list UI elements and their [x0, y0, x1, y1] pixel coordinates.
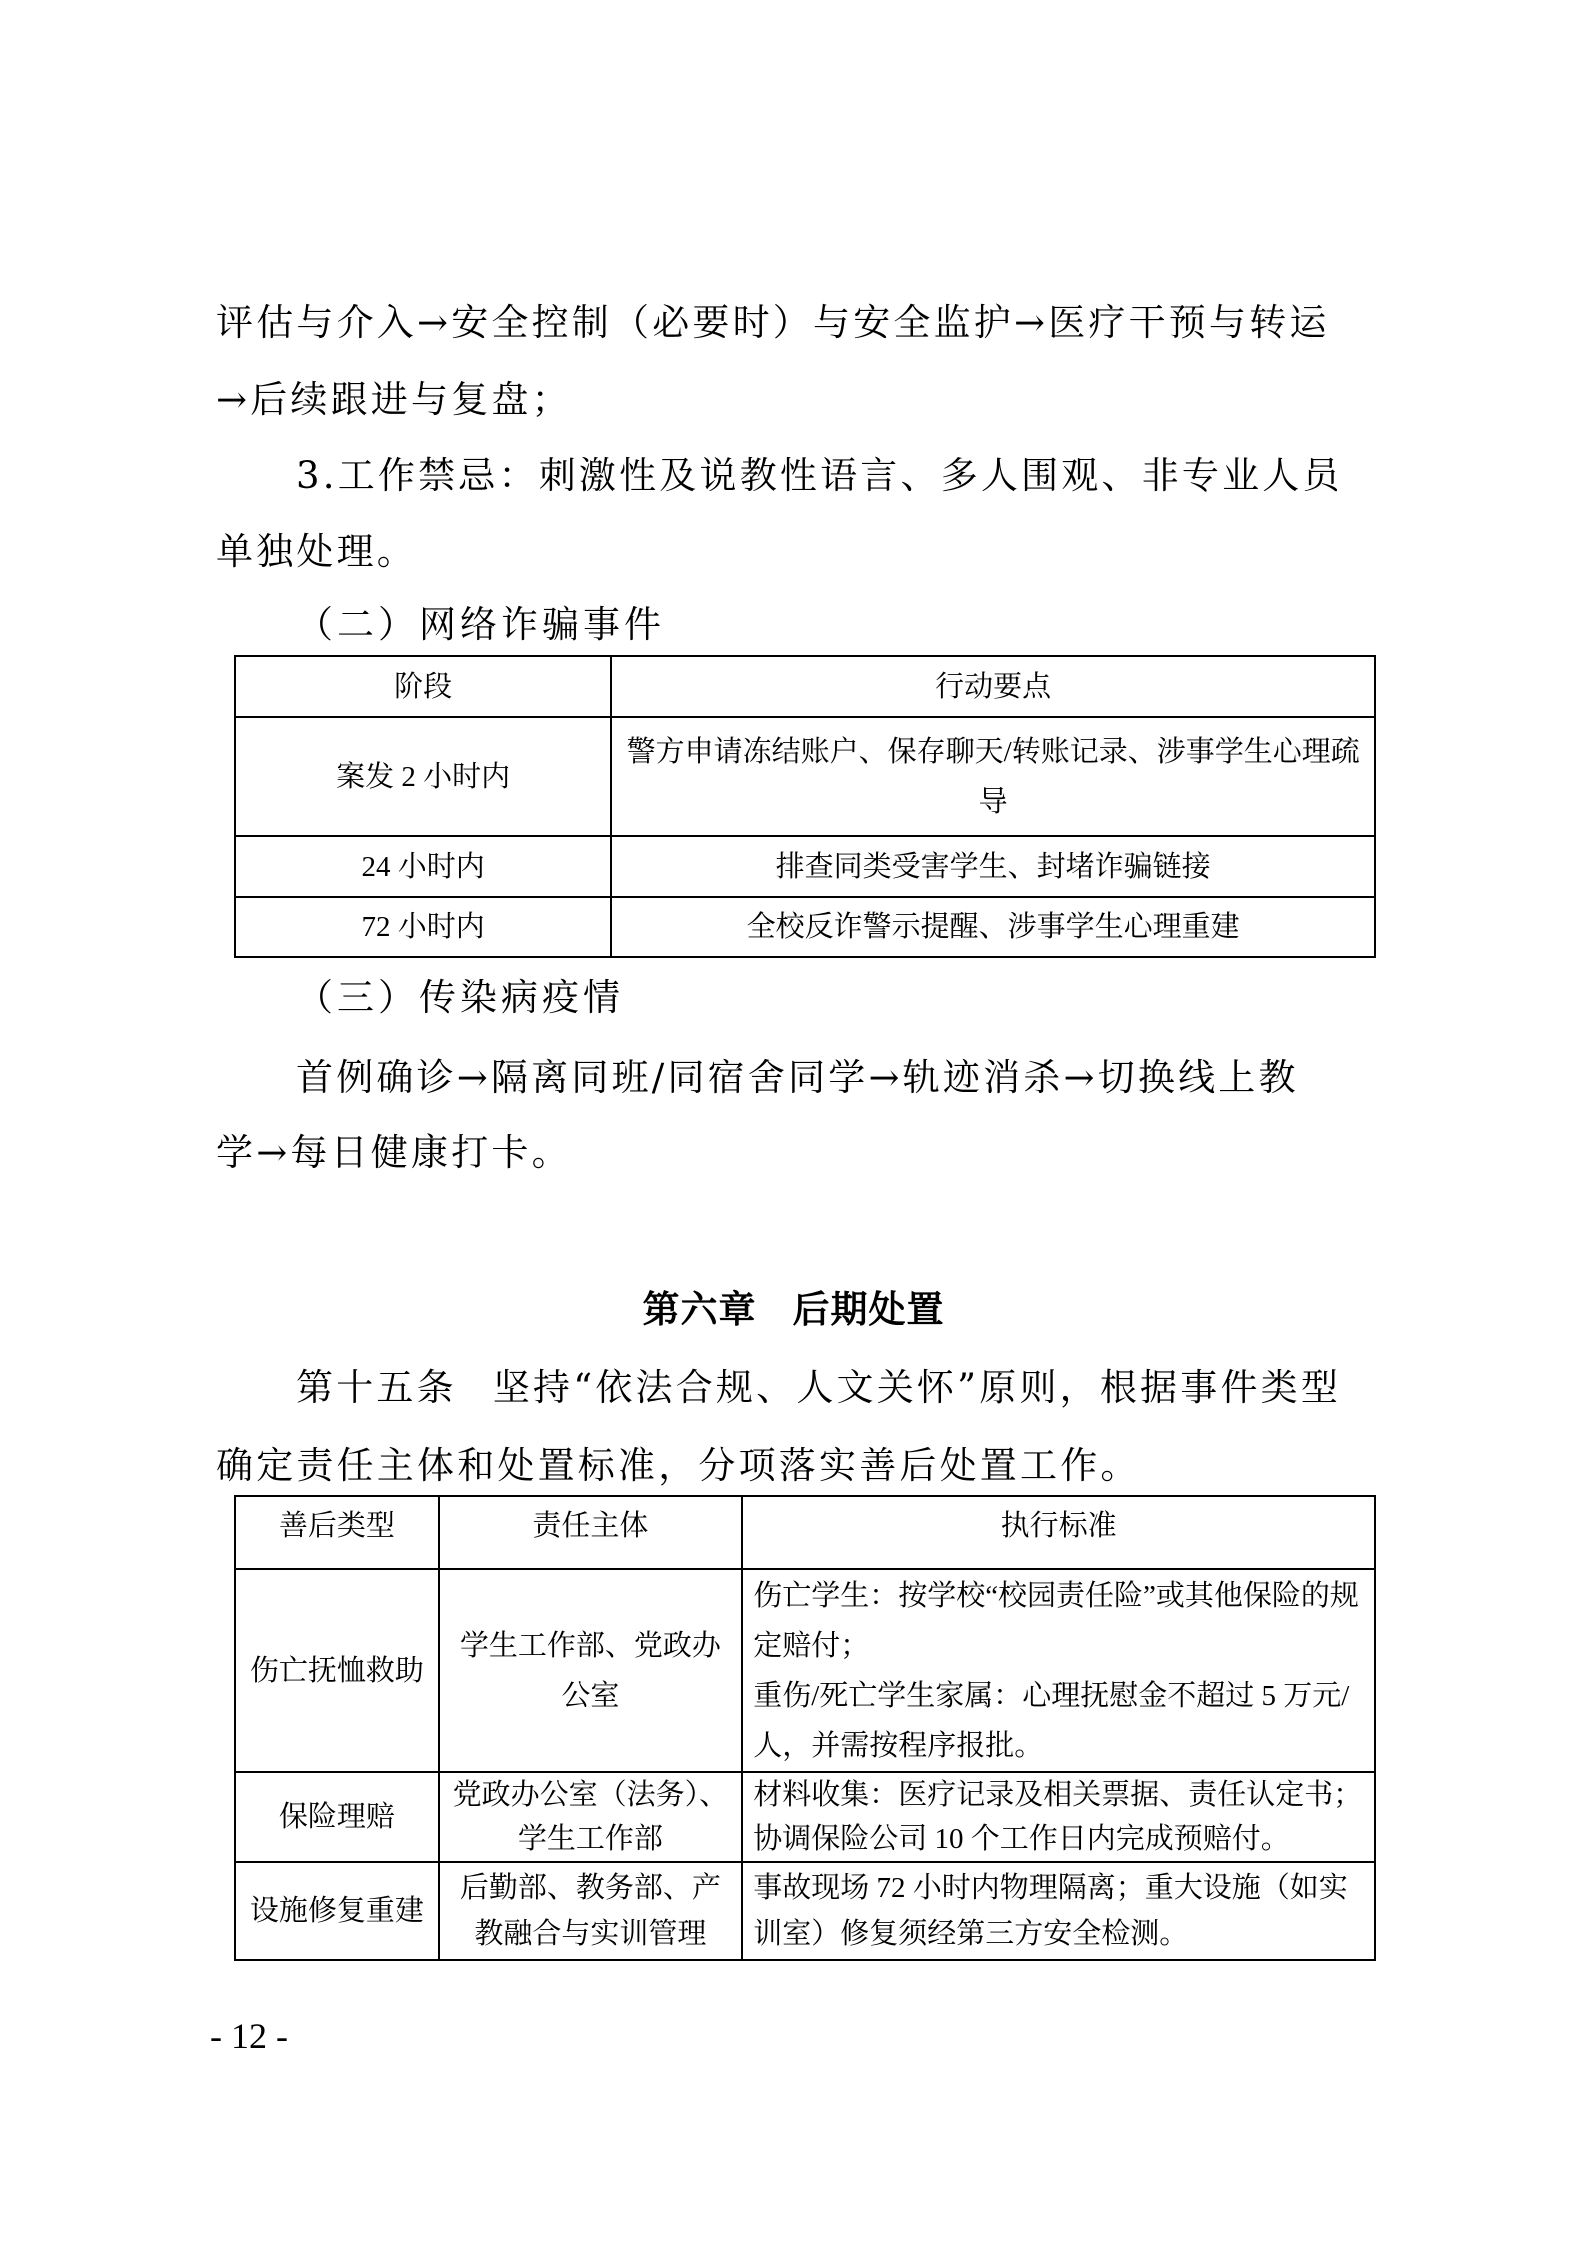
article-text: 坚持“依法合规、人文关怀”原则，根据事件类型: [493, 1366, 1341, 1409]
epidemic-paragraph-line2: 学→每日健康打卡。: [216, 1115, 1376, 1190]
table-row: 伤亡抚恤救助 学生工作部、党政办公室 伤亡学生：按学校“校园责任险”或其他保险的…: [235, 1569, 1375, 1772]
table-row: 72 小时内 全校反诈警示提醒、涉事学生心理重建: [235, 897, 1375, 957]
standard-cell: 事故现场 72 小时内物理隔离；重大设施（如实训室）修复须经第三方安全检测。: [742, 1862, 1375, 1960]
column-header-standard: 执行标准: [742, 1496, 1375, 1569]
stage-cell: 24 小时内: [235, 836, 611, 897]
standard-line: 重伤/死亡学生家属：心理抚慰金不超过 5 万元/人，并需按程序报批。: [753, 1671, 1364, 1771]
column-header-action: 行动要点: [611, 656, 1375, 717]
column-header-owner: 责任主体: [439, 1496, 743, 1569]
column-header-type: 善后类型: [235, 1496, 439, 1569]
table-row: 案发 2 小时内 警方申请冻结账户、保存聊天/转账记录、涉事学生心理疏导: [235, 717, 1375, 836]
chapter-number: 第六章: [643, 1288, 757, 1331]
fraud-response-table: 阶段 行动要点 案发 2 小时内 警方申请冻结账户、保存聊天/转账记录、涉事学生…: [234, 655, 1376, 958]
taboo-paragraph-line1: 3.工作禁忌：刺激性及说教性语言、多人围观、非专业人员: [216, 438, 1376, 513]
action-cell: 排查同类受害学生、封堵诈骗链接: [611, 836, 1375, 897]
owner-cell: 党政办公室（法务）、学生工作部: [439, 1772, 743, 1862]
standard-cell: 伤亡学生：按学校“校园责任险”或其他保险的规定赔付； 重伤/死亡学生家属：心理抚…: [742, 1569, 1375, 1772]
section-heading-fraud: （二）网络诈骗事件: [296, 595, 665, 655]
standard-line: 材料收集：医疗记录及相关票据、责任认定书；: [753, 1773, 1364, 1817]
owner-cell: 后勤部、教务部、产教融合与实训管理: [439, 1862, 743, 1960]
standard-line: 伤亡学生：按学校“校园责任险”或其他保险的规定赔付；: [753, 1571, 1364, 1671]
flow-paragraph-line1: 评估与介入→安全控制（必要时）与安全监护→医疗干预与转运: [216, 285, 1376, 360]
flow-paragraph-line2: →后续跟进与复盘；: [216, 362, 1376, 437]
page-number: - 12 -: [210, 2015, 288, 2057]
standard-line: 事故现场 72 小时内物理隔离；重大设施（如实训室）修复须经第三方安全检测。: [753, 1865, 1364, 1957]
document-page: 评估与介入→安全控制（必要时）与安全监护→医疗干预与转运 →后续跟进与复盘； 3…: [0, 0, 1587, 2245]
type-cell: 设施修复重建: [235, 1862, 439, 1960]
aftermath-table: 善后类型 责任主体 执行标准 伤亡抚恤救助 学生工作部、党政办公室 伤亡学生：按…: [234, 1495, 1376, 1961]
chapter-name: 后期处置: [793, 1288, 945, 1331]
standard-cell: 材料收集：医疗记录及相关票据、责任认定书； 协调保险公司 10 个工作日内完成预…: [742, 1772, 1375, 1862]
stage-cell: 72 小时内: [235, 897, 611, 957]
table-header-row: 善后类型 责任主体 执行标准: [235, 1496, 1375, 1569]
article-15-line2: 确定责任主体和处置标准，分项落实善后处置工作。: [216, 1428, 1376, 1503]
action-cell: 警方申请冻结账户、保存聊天/转账记录、涉事学生心理疏导: [611, 717, 1375, 836]
taboo-paragraph-line2: 单独处理。: [216, 514, 1376, 589]
table-row: 保险理赔 党政办公室（法务）、学生工作部 材料收集：医疗记录及相关票据、责任认定…: [235, 1772, 1375, 1862]
table-row: 设施修复重建 后勤部、教务部、产教融合与实训管理 事故现场 72 小时内物理隔离…: [235, 1862, 1375, 1960]
type-cell: 保险理赔: [235, 1772, 439, 1862]
owner-cell: 学生工作部、党政办公室: [439, 1569, 743, 1772]
chapter-title: 第六章后期处置: [0, 1280, 1587, 1340]
table-header-row: 阶段 行动要点: [235, 656, 1375, 717]
stage-cell: 案发 2 小时内: [235, 717, 611, 836]
article-label: 第十五条: [296, 1366, 457, 1409]
epidemic-paragraph-line1: 首例确诊→隔离同班/同宿舍同学→轨迹消杀→切换线上教: [216, 1040, 1376, 1115]
standard-line: 协调保险公司 10 个工作日内完成预赔付。: [753, 1817, 1364, 1861]
table-row: 24 小时内 排查同类受害学生、封堵诈骗链接: [235, 836, 1375, 897]
type-cell: 伤亡抚恤救助: [235, 1569, 439, 1772]
action-cell: 全校反诈警示提醒、涉事学生心理重建: [611, 897, 1375, 957]
article-15-line1: 第十五条坚持“依法合规、人文关怀”原则，根据事件类型: [216, 1350, 1376, 1425]
column-header-stage: 阶段: [235, 656, 611, 717]
section-heading-epidemic: （三）传染病疫情: [296, 968, 624, 1028]
